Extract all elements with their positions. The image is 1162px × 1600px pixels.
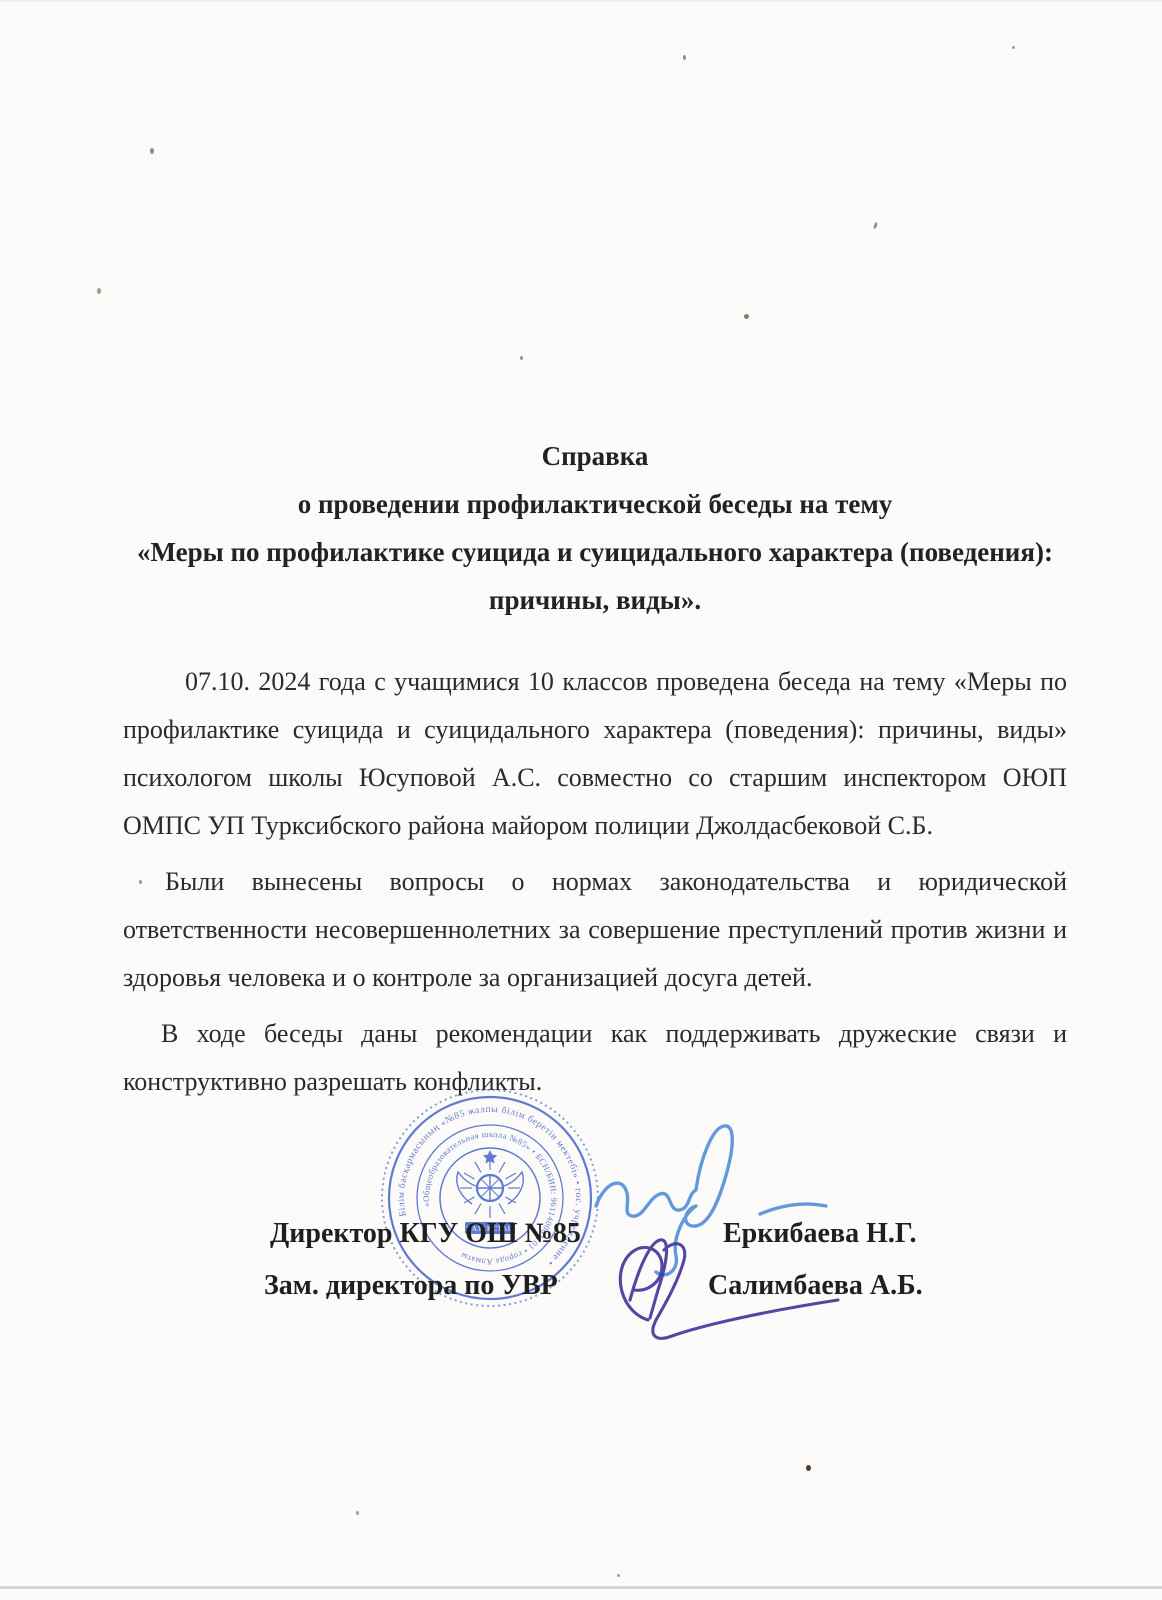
scan-speck [150,148,154,154]
document-subtitle: о проведении профилактической беседы на … [123,480,1067,528]
document-topic-line1: «Меры по профилактике суицида и суицидал… [123,528,1067,576]
scan-speck [806,1465,811,1471]
document-title: Справка [123,432,1067,480]
scan-speck [1012,46,1015,49]
document-topic-line2: причины, виды». [123,576,1067,624]
director-name: Еркибаева Н.Г. [723,1218,917,1250]
scan-speck [97,288,101,294]
paragraph-line: профилактике суицида и суицидального хар… [123,706,1067,754]
scan-speck [744,314,749,319]
paragraph-1: 07.10. 2024 года с учащимися 10 классов … [123,658,1067,850]
scan-speck [873,222,878,230]
director-title-label: Директор КГУ ОШ №85 [270,1218,581,1250]
paragraph-line: здоровья человека и о контроле за органи… [123,954,1067,1002]
scan-speck [520,356,523,360]
kazakhstan-emblem-icon [457,1150,523,1218]
paragraph-line: Были вынесены вопросы о нормах законодат… [123,858,1067,906]
document-page: Справка о проведении профилактической бе… [0,0,1162,1600]
paragraph-2: Были вынесены вопросы о нормах законодат… [123,858,1067,1002]
title-block: Справка о проведении профилактической бе… [123,432,1067,624]
paragraph-line: В ходе беседы даны рекомендации как подд… [123,1010,1067,1058]
scan-speck [617,1574,620,1577]
scan-speck [139,880,142,884]
paragraph-line: психологом школы Юсуповой А.С. совместно… [123,754,1067,802]
paragraph-line: ОМПС УП Турксибского района майором поли… [123,802,1067,850]
paragraph-line: 07.10. 2024 года с учащимися 10 классов … [123,658,1067,706]
deputy-title-label: Зам. директора по УВР [264,1270,558,1302]
scan-speck [683,55,686,60]
paragraph-line: ответственности несовершеннолетних за со… [123,906,1067,954]
scan-bottom-edge [0,1586,1162,1589]
deputy-name: Салимбаева А.Б. [708,1270,923,1302]
scan-top-edge [0,0,1162,2]
scan-speck [356,1511,359,1515]
